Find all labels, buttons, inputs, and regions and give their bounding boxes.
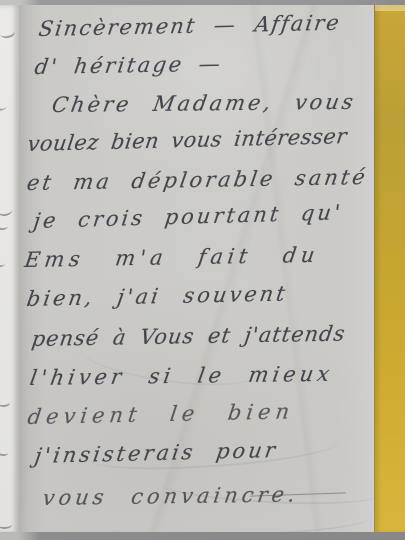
letter-page: [19, 5, 374, 533]
photo-edge-bottom: [0, 532, 405, 540]
ink-fragment: [0, 205, 13, 217]
binding-strip: [374, 5, 405, 533]
ink-fragment: [0, 521, 12, 530]
ink-fragment: [0, 444, 10, 458]
handwritten-letter-photo: Sincèrement — Affaire d' héritage — Chèr…: [0, 0, 405, 540]
ink-fragment: [0, 398, 10, 407]
ink-fragment: [0, 91, 12, 113]
ink-fragment: [0, 220, 8, 230]
bleed-through-mark: [88, 426, 340, 475]
adjacent-page-edge: [0, 5, 19, 533]
bleed-through-mark: [77, 328, 261, 395]
ink-fragment: [0, 25, 16, 39]
ink-fragment: [0, 253, 8, 268]
bleed-through-mark: [158, 469, 379, 508]
binding-strip-highlight: [375, 5, 405, 11]
